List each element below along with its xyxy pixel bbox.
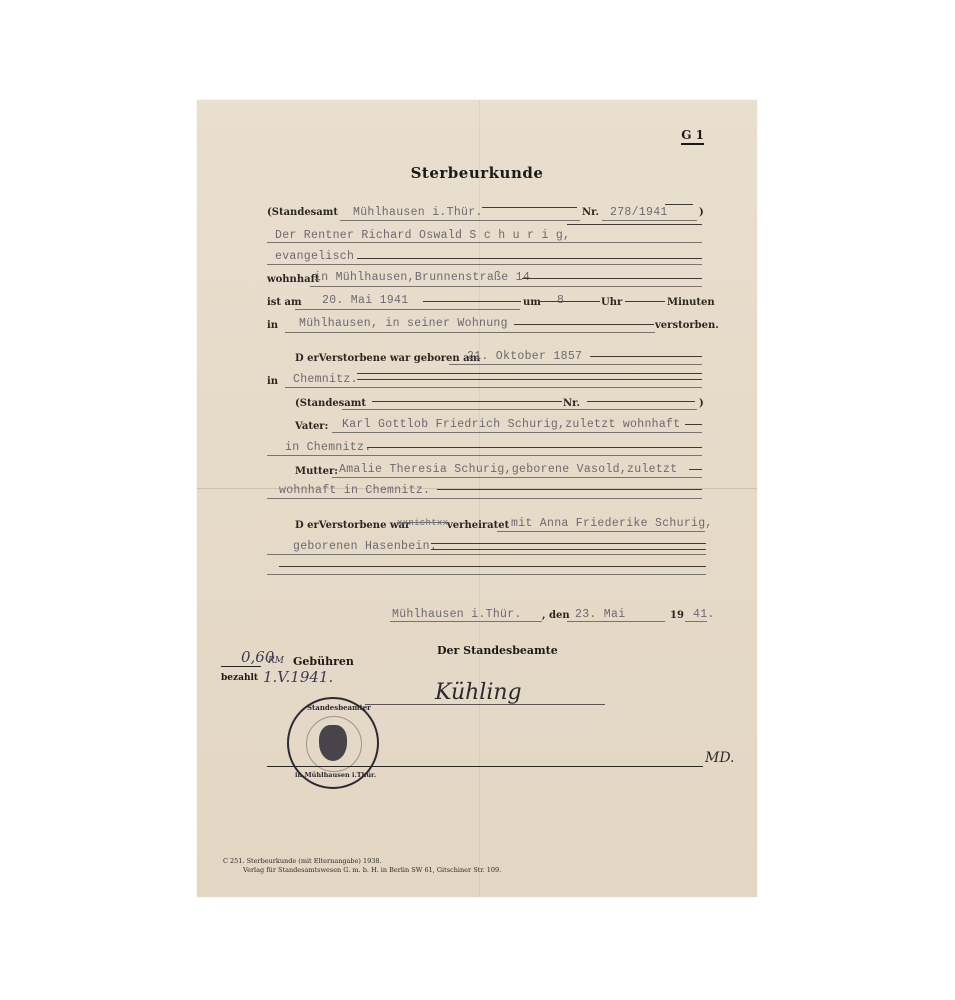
underline <box>267 554 706 555</box>
religion-value: evangelisch <box>275 250 354 263</box>
date-signed: 23. Mai <box>575 608 625 621</box>
filler-line <box>522 278 702 279</box>
underline <box>285 387 702 388</box>
um-label: um <box>523 297 541 308</box>
mother-label: Mutter: <box>295 466 338 477</box>
document-title: Sterbeurkunde <box>197 164 757 182</box>
filler-line <box>685 424 702 425</box>
fee-underline <box>221 666 261 667</box>
filler-line <box>431 543 706 544</box>
close-paren: ) <box>699 207 704 218</box>
underline <box>332 432 702 433</box>
mother-cont: wohnhaft in Chemnitz. <box>279 484 430 497</box>
filler-line <box>357 379 702 380</box>
underline <box>310 286 702 287</box>
residence-value: in Mühlhausen,Brunnenstraße 14 <box>314 271 530 284</box>
underline <box>267 574 706 575</box>
underline <box>602 220 697 221</box>
birth-date: 21. Oktober 1857 <box>467 350 582 363</box>
paid-date: 1.V.1941. <box>263 668 333 686</box>
underline <box>267 498 702 499</box>
underline <box>342 409 697 410</box>
minuten-label: Minuten <box>667 297 715 308</box>
filler-line <box>540 301 600 302</box>
married-label-pre: D erVerstorbene war <box>295 520 410 531</box>
footer-line-2: Verlag für Standesamtswesen G. m. b. H. … <box>223 866 501 875</box>
born-label: D erVerstorbene war geboren am <box>295 353 480 364</box>
death-certificate-page: G 1 Sterbeurkunde (Standesamt Mühlhausen… <box>197 100 757 897</box>
father-label: Vater: <box>295 421 328 432</box>
nr-label: Nr. <box>582 207 599 218</box>
year-suffix: 41. <box>693 608 715 621</box>
underline <box>267 242 702 243</box>
father-cont: in Chemnitz. <box>285 441 371 454</box>
filler-line <box>357 373 702 374</box>
stamp-emblem-icon <box>319 725 347 761</box>
underline <box>295 309 520 310</box>
filler-line <box>357 258 702 259</box>
mother-value: Amalie Theresia Schurig,geborene Vasold,… <box>339 463 677 476</box>
birth-nr-label: Nr. <box>563 398 580 409</box>
birth-close-paren: ) <box>699 398 704 409</box>
fee-currency: RM <box>268 656 284 666</box>
death-date: 20. Mai 1941 <box>322 294 408 307</box>
married-label-post: verheiratet <box>447 520 509 531</box>
underline <box>497 531 705 532</box>
underline <box>267 455 702 456</box>
underline <box>567 621 665 622</box>
filler-line <box>665 204 693 205</box>
filler-line <box>567 224 702 225</box>
filler-line <box>372 401 562 402</box>
filler-line <box>431 549 706 550</box>
official-title: Der Standesbeamte <box>437 644 558 657</box>
signature: Kühling <box>435 680 522 705</box>
underline <box>449 364 702 365</box>
filler-line <box>689 469 702 470</box>
fee-label: Gebühren <box>293 655 354 668</box>
filler-line <box>625 301 665 302</box>
form-code: G 1 <box>681 128 704 145</box>
verstorben-label: verstorben. <box>655 320 719 331</box>
filler-line <box>367 447 702 448</box>
father-value: Karl Gottlob Friedrich Schurig,zuletzt w… <box>342 418 680 431</box>
standesamt-label: (Standesamt <box>267 207 338 218</box>
birth-place: Chemnitz. <box>293 373 358 386</box>
underline <box>340 220 580 221</box>
footer-line-1: C 251. Sterbeurkunde (mit Elternangabe) … <box>223 857 501 866</box>
nr-value: 278/1941 <box>610 206 668 219</box>
stamp-bottom-text: in Mühlhausen i.Thür. <box>295 771 376 779</box>
place-signed: Mühlhausen i.Thür. <box>392 608 522 621</box>
died-on-label: ist am <box>267 297 302 308</box>
married-struck-text: xxnichtxx <box>397 518 448 528</box>
underline <box>685 621 707 622</box>
filler-line <box>587 401 695 402</box>
uhr-label: Uhr <box>601 297 622 308</box>
spouse-cont: geborenen Hasenbein. <box>293 540 437 553</box>
bottom-rule <box>267 766 703 767</box>
signature-line <box>365 704 605 705</box>
underline <box>390 621 542 622</box>
official-stamp: Standesbeamter in Mühlhausen i.Thür. <box>287 697 379 789</box>
underline <box>267 264 702 265</box>
paid-label: bezahlt <box>221 673 258 683</box>
birth-in-label: in <box>267 376 278 387</box>
initials: MD. <box>705 750 735 766</box>
residence-label: wohnhaft <box>267 274 320 285</box>
underline <box>332 477 702 478</box>
underline <box>285 332 655 333</box>
den-label: , den <box>542 610 570 621</box>
deceased-name: Der Rentner Richard Oswald S c h u r i g… <box>275 229 570 242</box>
filler-line <box>437 489 702 490</box>
filler-line <box>590 356 702 357</box>
standesamt-value: Mühlhausen i.Thür. <box>353 206 483 219</box>
filler-line <box>423 301 521 302</box>
printer-imprint: C 251. Sterbeurkunde (mit Elternangabe) … <box>223 857 501 875</box>
spouse-value: mit Anna Friederike Schurig, <box>511 517 713 530</box>
stamp-top-text: Standesbeamter <box>307 703 371 712</box>
year-prefix: 19 <box>670 610 684 621</box>
death-place: Mühlhausen, in seiner Wohnung <box>299 317 508 330</box>
in-label: in <box>267 320 278 331</box>
birth-standesamt-label: (Standesamt <box>295 398 366 409</box>
filler-line <box>482 207 577 208</box>
filler-line <box>279 566 706 567</box>
filler-line <box>514 324 654 325</box>
